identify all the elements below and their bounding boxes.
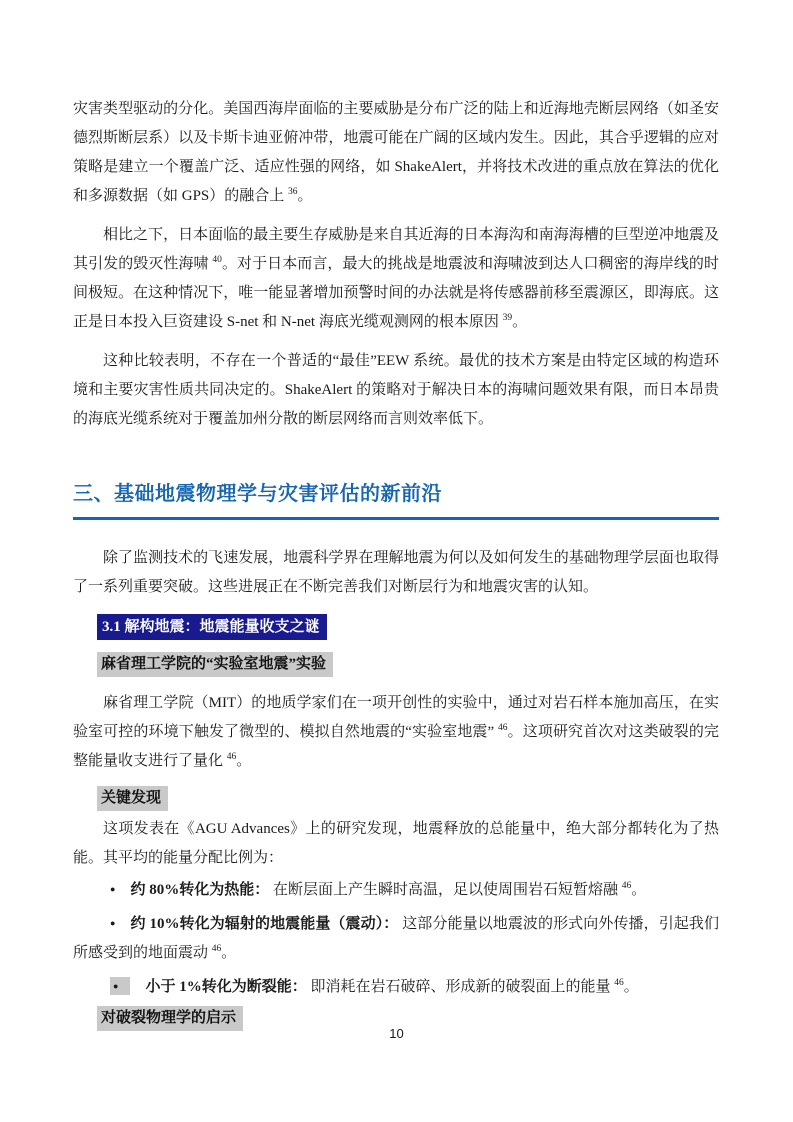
subheading-mit-lab-quakes-highlight: 麻省理工学院的“实验室地震”实验 xyxy=(97,652,333,677)
citation-superscript: 46 xyxy=(622,881,632,891)
text-run: 。 xyxy=(512,314,527,330)
page-number: 10 xyxy=(0,1026,793,1041)
text-run: 灾害类型驱动的分化。美国西海岸面临的主要威胁是分布广泛的陆上和近海地壳断层网络（… xyxy=(73,101,719,204)
paragraph-mit-experiment: 麻省理工学院（MIT）的地质学家们在一项开创性的实验中，通过对岩石样本施加高压，… xyxy=(73,689,719,776)
text-run: 约 80%转化为热能： xyxy=(130,882,269,898)
bullet-fracture-energy: ●小于 1%转化为断裂能： 即消耗在岩石破碎、形成新的破裂面上的能量 46。 xyxy=(73,972,719,1002)
document-page: 灾害类型驱动的分化。美国西海岸面临的主要威胁是分布广泛的陆上和近海地壳断层网络（… xyxy=(0,0,793,1122)
text-run: 约 10%转化为辐射的地震能量（震动）： xyxy=(131,916,399,932)
citation-superscript: 46 xyxy=(614,978,624,988)
citation-superscript: 46 xyxy=(212,944,222,954)
subheading-key-findings-highlight: 关键发现 xyxy=(97,786,168,811)
bullet-glyph-icon: ● xyxy=(110,977,130,995)
paragraph-comparison-conclusion: 这种比较表明，不存在一个普适的“最佳”EEW 系统。最优的技术方案是由特定区域的… xyxy=(73,347,719,434)
text-run: 除了监测技术的飞速发展，地震科学界在理解地震为何以及如何发生的基础物理学层面也取… xyxy=(73,550,719,595)
subsection-heading-3-1: 3.1 解构地震：地震能量收支之谜 xyxy=(97,614,719,640)
bullet-heat-energy: ●约 80%转化为热能： 在断层面上产生瞬时高温，足以使周围岩石短暂熔融 46。 xyxy=(73,875,719,905)
bullet-radiated-seismic-energy: ●约 10%转化为辐射的地震能量（震动）： 这部分能量以地震波的形式向外传播，引… xyxy=(73,909,719,968)
subheading-mit-lab-quakes: 麻省理工学院的“实验室地震”实验 xyxy=(97,652,719,677)
bullet-glyph-icon: ● xyxy=(110,918,116,928)
paragraph-us-west-coast-strategy: 灾害类型驱动的分化。美国西海岸面临的主要威胁是分布广泛的陆上和近海地壳断层网络（… xyxy=(73,95,719,211)
text-run: 麻省理工学院的“实验室地震”实验 xyxy=(101,656,326,672)
section-heading-3: 三、基础地震物理学与灾害评估的新前沿 xyxy=(73,480,719,520)
text-run: 小于 1%转化为断裂能： xyxy=(145,979,306,995)
citation-superscript: 40 xyxy=(212,255,222,265)
citation-superscript: 46 xyxy=(227,752,237,762)
text-run: 这种比较表明，不存在一个普适的“最佳”EEW 系统。最优的技术方案是由特定区域的… xyxy=(73,353,719,427)
document-content: 灾害类型驱动的分化。美国西海岸面临的主要威胁是分布广泛的陆上和近海地壳断层网络（… xyxy=(73,95,719,1031)
paragraph-physics-intro: 除了监测技术的飞速发展，地震科学界在理解地震为何以及如何发生的基础物理学层面也取… xyxy=(73,544,719,602)
subsection-heading-3-1-highlight: 3.1 解构地震：地震能量收支之谜 xyxy=(97,614,327,640)
text-run: 关键发现 xyxy=(101,790,161,806)
text-run: 。 xyxy=(624,979,639,995)
text-run: 。 xyxy=(298,188,313,204)
text-run: 这项发表在《AGU Advances》上的研究发现，地震释放的总能量中，绝大部分… xyxy=(73,821,719,866)
bullet-glyph-icon: ● xyxy=(110,884,115,894)
text-run: 在断层面上产生瞬时高温，足以使周围岩石短暂熔融 xyxy=(269,882,622,898)
paragraph-agu-advances-findings: 这项发表在《AGU Advances》上的研究发现，地震释放的总能量中，绝大部分… xyxy=(73,815,719,873)
citation-superscript: 46 xyxy=(498,723,508,733)
text-run: 。 xyxy=(236,753,251,769)
text-run: 3.1 解构地震：地震能量收支之谜 xyxy=(102,619,320,635)
text-run: 即消耗在岩石破碎、形成新的破裂面上的能量 xyxy=(307,979,615,995)
text-run: 对破裂物理学的启示 xyxy=(101,1010,236,1026)
text-run: 。 xyxy=(221,945,236,961)
citation-superscript: 39 xyxy=(503,313,513,323)
citation-superscript: 36 xyxy=(288,187,298,197)
subheading-key-findings: 关键发现 xyxy=(97,786,719,811)
paragraph-japan-threat: 相比之下，日本面临的最主要生存威胁是来自其近海的日本海沟和南海海槽的巨型逆冲地震… xyxy=(73,221,719,337)
text-run: 。 xyxy=(631,882,646,898)
text-run: 三、基础地震物理学与灾害评估的新前沿 xyxy=(73,483,442,505)
